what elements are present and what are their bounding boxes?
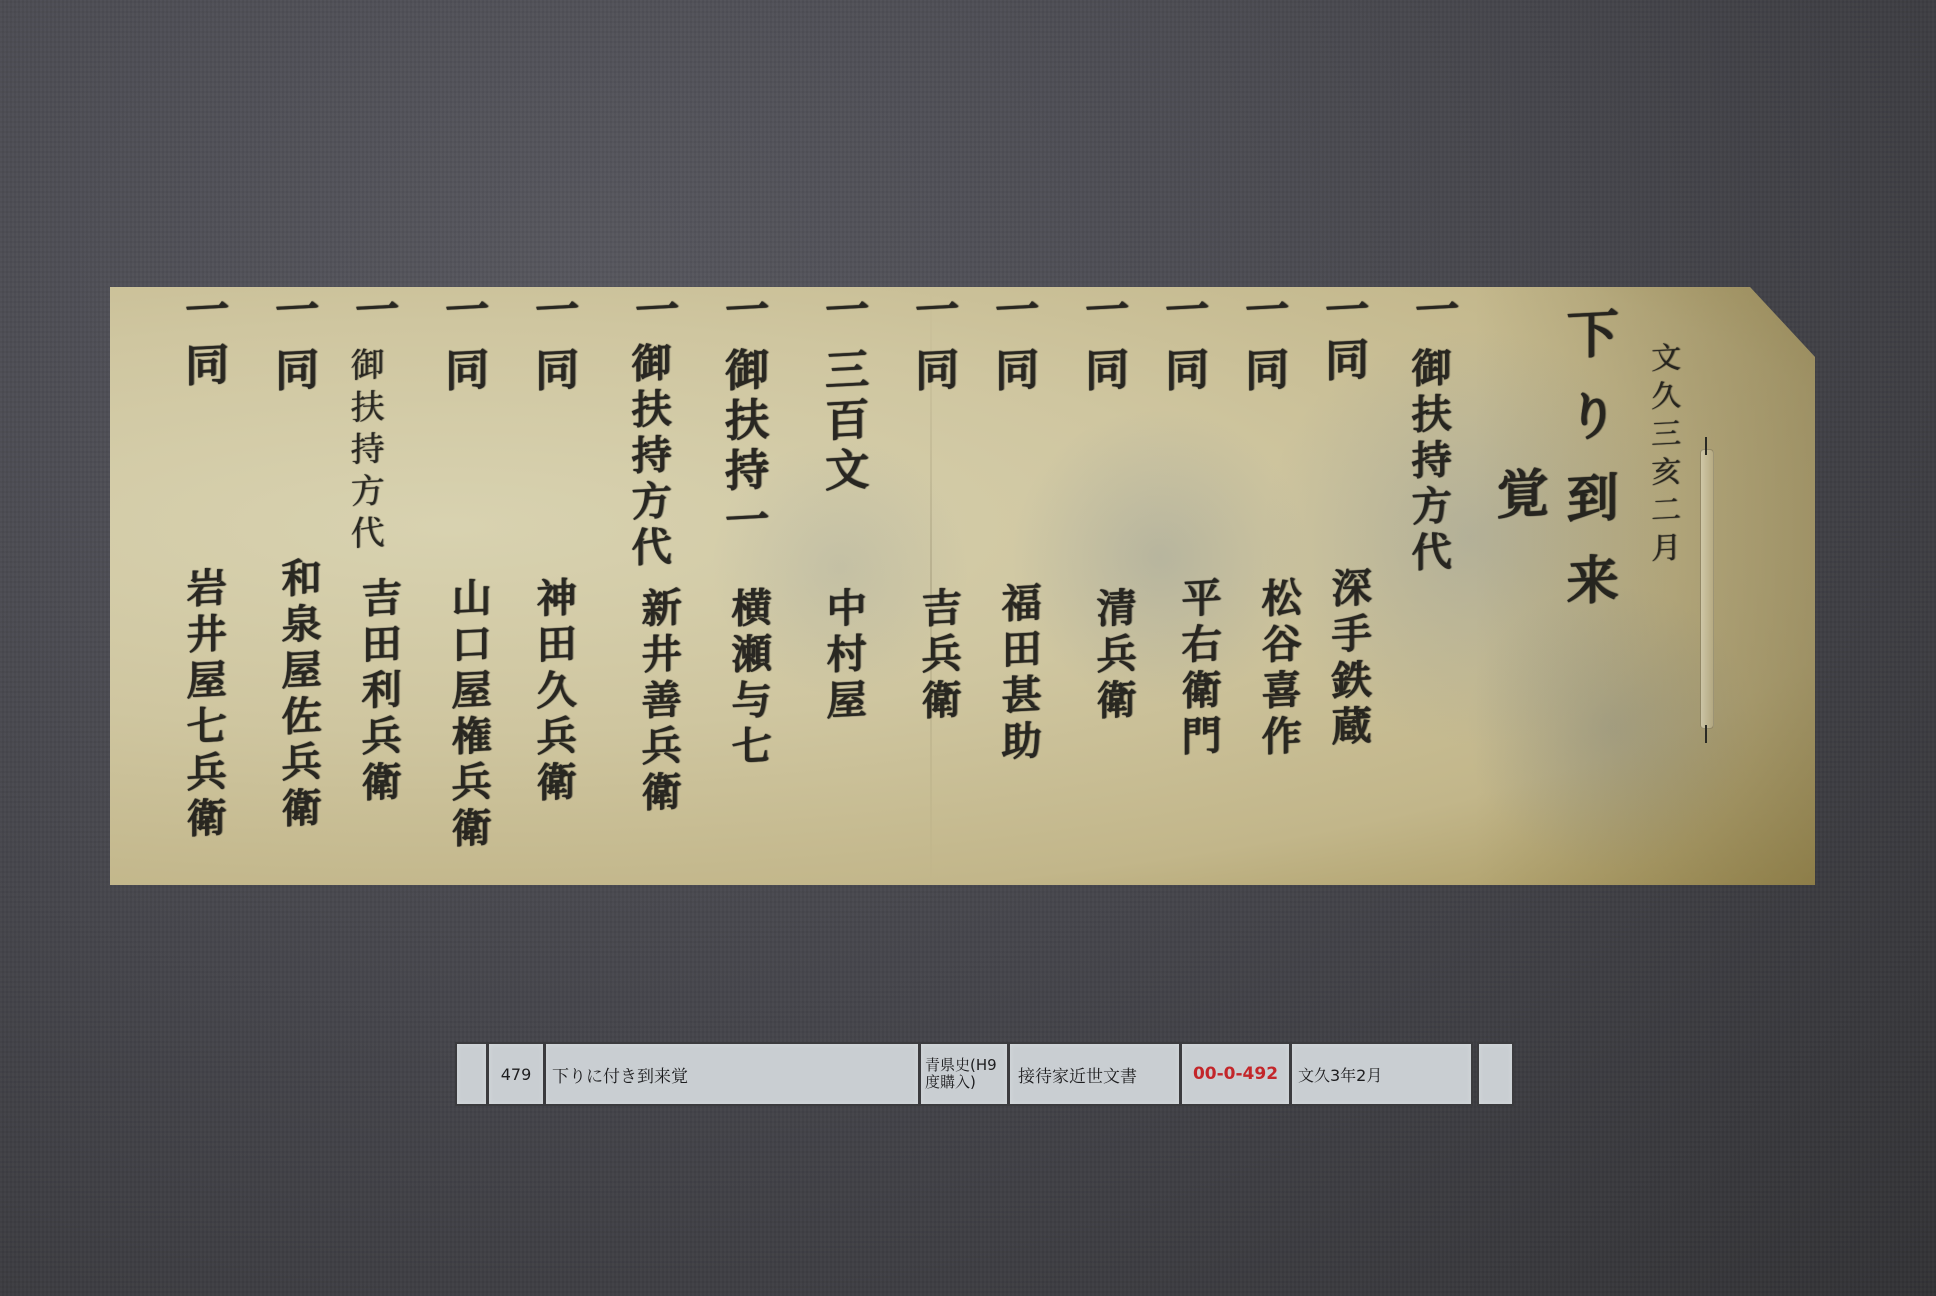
entry-name: 深手鉄蔵 — [1320, 566, 1377, 753]
entry-name: 岩井屋七兵衛 — [175, 566, 232, 845]
entry-marker: 一 — [170, 285, 234, 338]
label-date: 文久3年2月 — [1291, 1042, 1473, 1106]
entry-name: 和泉屋佐兵衛 — [270, 556, 327, 835]
entry-marker: 一 — [340, 285, 404, 338]
entry-marker: 一 — [900, 285, 964, 338]
entry-marker: 一 — [260, 285, 324, 338]
label-collection: 接待家近世文書 — [1009, 1042, 1181, 1106]
entry-item: 同 — [900, 345, 964, 398]
binding-tick — [1705, 437, 1707, 455]
entry-name: 神田久兵衛 — [525, 576, 582, 809]
entry-item: 同 — [260, 345, 324, 398]
header-title: 下り到来 — [1550, 305, 1625, 637]
catalog-label: 479 下りに付き到来覚 青県史(H9 度購入) 接待家近世文書 00-0-49… — [455, 1042, 1514, 1106]
entry-item: 同 — [170, 340, 234, 393]
label-blank-cell — [455, 1042, 488, 1106]
manuscript-sheet: 文久三亥二月 下り到来 覚 一 御扶持方代 一 同 深手鉄蔵 一 同 松谷喜作 … — [110, 287, 1815, 885]
entry-item: 同 — [1150, 345, 1214, 398]
label-catalog-code: 00-0-492 — [1181, 1042, 1291, 1106]
entry-marker: 一 — [620, 285, 684, 338]
label-source: 青県史(H9 度購入) — [920, 1042, 1009, 1106]
header-date: 文久三亥二月 — [1640, 341, 1684, 571]
entry-item: 御扶持方代 — [1400, 346, 1457, 579]
entry-name: 吉兵衛 — [910, 586, 967, 727]
entry-name: 平右衛門 — [1170, 576, 1227, 763]
entry-marker: 一 — [1150, 285, 1214, 338]
entry-name: 山口屋権兵衛 — [440, 576, 497, 855]
entry-name: 中村屋 — [815, 586, 872, 727]
entry-name: 横瀬与七 — [720, 586, 777, 773]
binding-strip — [1700, 449, 1714, 729]
entry-item: 御扶持方代 — [340, 346, 389, 559]
entry-marker: 一 — [810, 285, 874, 338]
entry-marker: 一 — [1070, 285, 1134, 338]
entry-item: 同 — [1310, 335, 1374, 388]
header-suffix: 覚 — [1480, 465, 1555, 527]
entry-marker: 一 — [1400, 285, 1464, 338]
entry-item: 同 — [520, 345, 584, 398]
entry-name: 吉田利兵衛 — [350, 576, 407, 809]
entry-name: 新井善兵衛 — [630, 586, 687, 819]
entry-item: 同 — [1070, 345, 1134, 398]
entry-item: 同 — [1230, 345, 1294, 398]
entry-name: 清兵衛 — [1085, 586, 1142, 727]
label-item-number: 479 — [488, 1042, 545, 1106]
entry-item: 三百文 — [810, 345, 874, 498]
entry-marker: 一 — [1230, 285, 1294, 338]
entry-item: 御扶持方代 — [620, 341, 677, 574]
entry-marker: 一 — [430, 285, 494, 338]
entry-marker: 一 — [980, 285, 1044, 338]
binding-tick — [1705, 725, 1707, 743]
entry-name: 松谷喜作 — [1250, 576, 1307, 763]
label-blank-cell — [1477, 1042, 1514, 1106]
entry-item: 同 — [980, 345, 1044, 398]
entry-item: 同 — [430, 345, 494, 398]
entry-marker: 一 — [1310, 285, 1374, 338]
entry-marker: 一 — [520, 285, 584, 338]
label-document-title: 下りに付き到来覚 — [545, 1042, 920, 1106]
entry-item: 御扶持一 — [710, 345, 774, 548]
entry-name: 福田甚助 — [990, 581, 1047, 768]
entry-marker: 一 — [710, 285, 774, 338]
